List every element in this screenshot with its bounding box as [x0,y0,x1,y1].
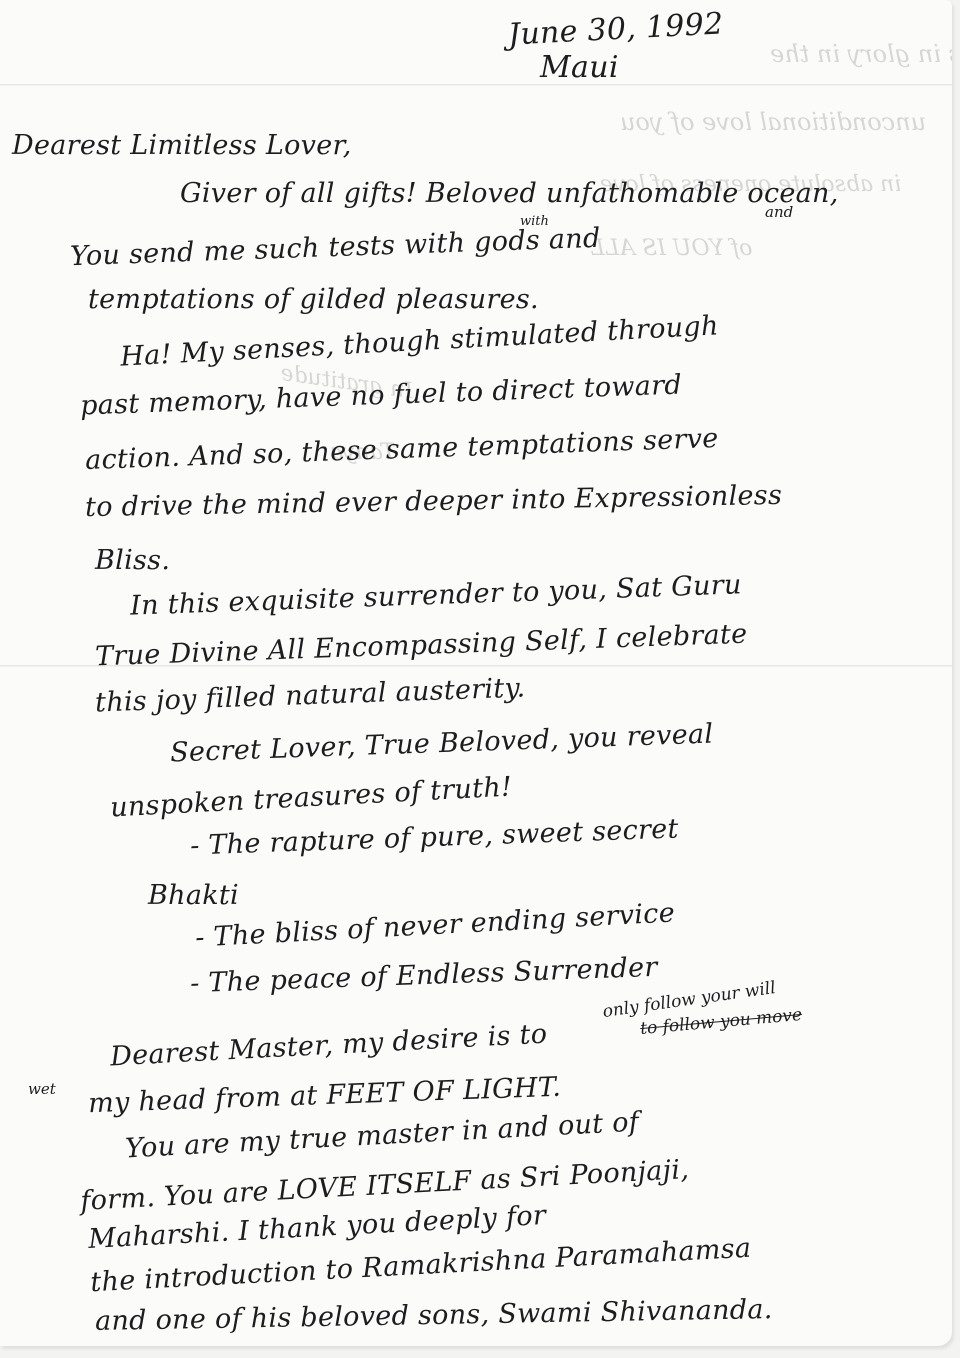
inserted-word: with [520,214,549,229]
inserted-word: and [765,203,793,221]
bleed-through-text: unconditional love of you [620,108,926,136]
letter-line: Secret Lover, True Beloved, you reveal [170,719,714,769]
letter-line: this joy filled natural austerity. [95,672,526,718]
letter-line: Giver of all gifts! Beloved unfathomable… [180,178,839,209]
letter-line: - The rapture of pure, sweet secret [190,813,680,861]
letter-line: unspoken treasures of truth! [109,771,512,823]
letter-line: and one of his beloved sons, Swami Shiva… [95,1294,773,1337]
letter-line: to drive the mind ever deeper into Expre… [85,480,783,523]
fold-crease [0,84,952,86]
letter-line: temptations of gilded pleasures. [88,284,539,315]
salutation: Dearest Limitless Lover, [12,130,352,161]
letter-line: Dearest Master, my desire is to [109,1019,548,1073]
letter-page: my heart awaits in glory in the uncondit… [0,0,952,1346]
letter-line: In this exquisite surrender to you, Sat … [130,569,742,621]
bleed-through-text: of YOU IS ALL [590,236,752,261]
letter-line: Bliss. [95,545,170,576]
letter-line: Ha! My senses, though stimulated through [120,310,720,372]
bleed-through-text: my heart awaits in glory in the [770,40,952,68]
letter-line: You send me such tests with gods and [70,223,601,273]
letter-line: Bhakti [148,880,239,911]
letter-place: Maui [540,50,619,85]
letter-line: action. And so, these same temptations s… [85,423,719,476]
margin-word: wet [28,1080,56,1098]
letter-line: - The peace of Endless Surrender [190,952,658,999]
letter-line: my head from at FEET OF LIGHT. [88,1072,562,1119]
letter-line: - The bliss of never ending service [195,897,676,953]
letter-date: June 30, 1992 [507,6,724,52]
